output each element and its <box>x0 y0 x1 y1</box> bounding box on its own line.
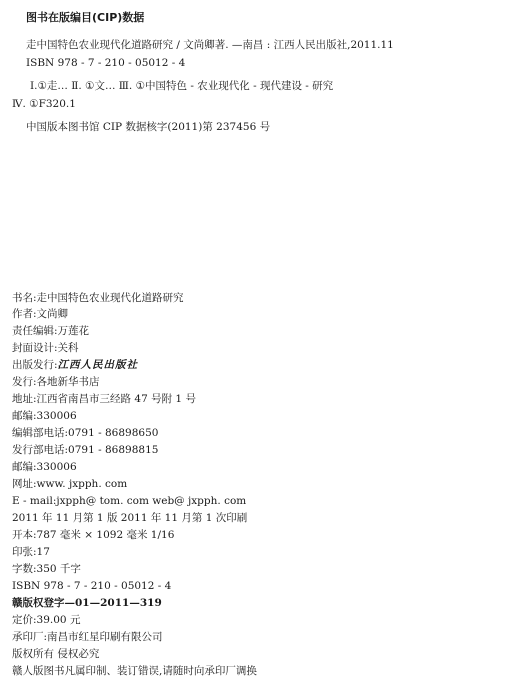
colophon-line-publisher: 出版发行:江西人民出版社 <box>12 358 138 372</box>
publisher-logotype: 江西人民出版社 <box>58 359 139 371</box>
colophon-line-printer: 承印厂:南昌市红星印刷有限公司 <box>12 630 163 644</box>
cip-main-entry: 走中国特色农业现代化道路研究 / 文尚卿著. —南昌 : 江西人民出版社,201… <box>26 38 394 52</box>
cip-classification: Ⅳ. ①F320.1 <box>12 97 76 111</box>
cip-number: 中国版本图书馆 CIP 数据核字(2011)第 237456 号 <box>26 120 270 134</box>
colophon-line-editorial-phone: 编辑部电话:0791 - 86898650 <box>12 426 158 440</box>
colophon-line-title: 书名:走中国特色农业现代化道路研究 <box>12 291 184 305</box>
colophon-line-postcode-2: 邮编:330006 <box>12 460 77 474</box>
cip-isbn: ISBN 978 - 7 - 210 - 05012 - 4 <box>26 56 185 70</box>
colophon-line-email: E - mail:jxpph@ tom. com web@ jxpph. com <box>12 494 246 508</box>
colophon-line-author: 作者:文尚卿 <box>12 307 68 321</box>
colophon-line-cover-design: 封面设计:关科 <box>12 341 79 355</box>
colophon-line-word-count: 字数:350 千字 <box>12 562 81 576</box>
colophon-line-website: 网址:www. jxpph. com <box>12 477 127 491</box>
colophon-line-distribution: 发行:各地新华书店 <box>12 375 100 389</box>
colophon-line-address: 地址:江西省南昌市三经路 47 号附 1 号 <box>12 392 196 406</box>
cip-heading: 图书在版编目(CIP)数据 <box>26 11 144 25</box>
colophon-line-notice: 赣人版图书凡属印制、装订错误,请随时向承印厂调换 <box>12 664 257 678</box>
colophon-line-copyright-reg: 赣版权登字—01—2011—319 <box>12 596 162 610</box>
colophon-line-price: 定价:39.00 元 <box>12 613 80 627</box>
colophon-line-editor: 责任编辑:万莲花 <box>12 324 89 338</box>
colophon-line-sheets: 印张:17 <box>12 545 50 559</box>
cip-subjects: Ⅰ.①走… Ⅱ. ①文… Ⅲ. ①中国特色 - 农业现代化 - 现代建设 - 研… <box>30 79 333 93</box>
colophon-line-postcode: 邮编:330006 <box>12 409 77 423</box>
colophon-line-format: 开本:787 毫米 × 1092 毫米 1/16 <box>12 528 174 542</box>
colophon-line-edition: 2011 年 11 月第 1 版 2011 年 11 月第 1 次印刷 <box>12 511 247 525</box>
colophon-line-sales-phone: 发行部电话:0791 - 86898815 <box>12 443 158 457</box>
colophon-line-isbn: ISBN 978 - 7 - 210 - 05012 - 4 <box>12 579 171 593</box>
colophon-line-rights: 版权所有 侵权必究 <box>12 647 99 661</box>
